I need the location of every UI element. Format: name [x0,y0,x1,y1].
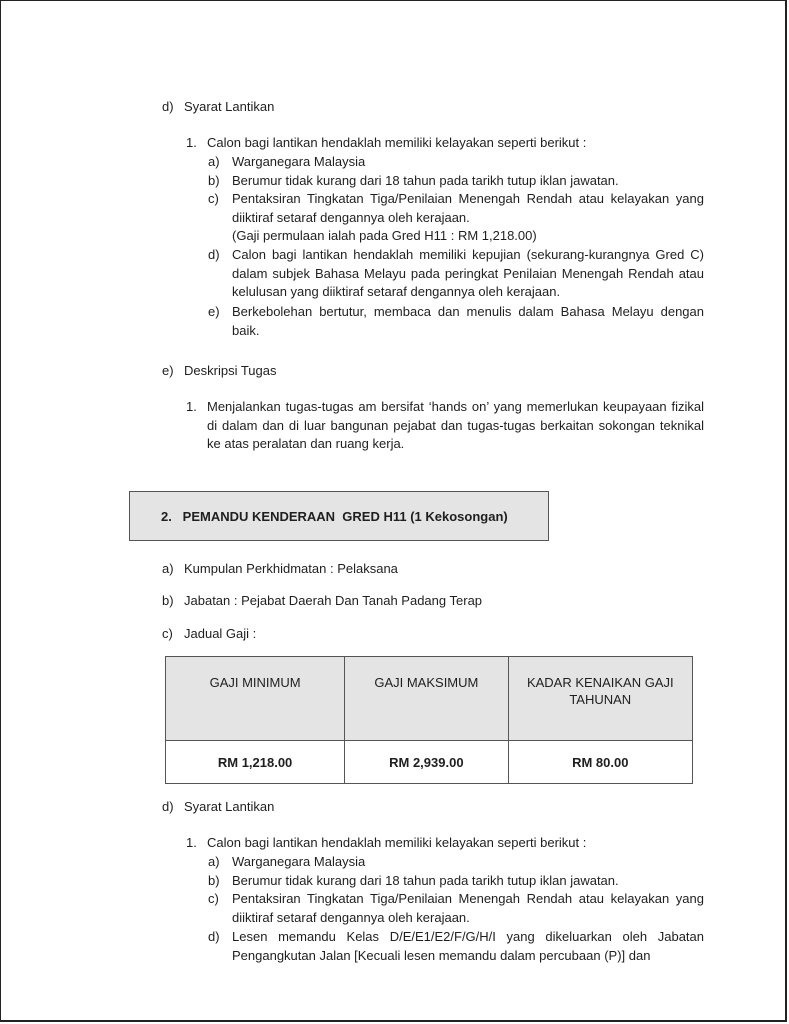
item-text: Pentaksiran Tingkatan Tiga/Penilaian Men… [232,191,704,225]
header-cell: KADAR KENAIKAN GAJI TAHUNAN [508,657,692,741]
item-text: Jadual Gaji : [184,626,256,641]
item-text: Calon bagi lantikan hendaklah memiliki k… [232,247,704,299]
header-cell: GAJI MAKSIMUM [345,657,508,741]
section-heading-box: 2. PEMANDU KENDERAAN GRED H11 (1 Kekoson… [129,491,549,541]
deskripsi-heading: e)Deskripsi Tugas [162,362,276,379]
heading-title: Syarat Lantikan [184,799,274,814]
heading-label: e) [162,362,184,379]
qualification-item: b) Berumur tidak kurang dari 18 tahun pa… [232,872,704,891]
value-cell: RM 2,939.00 [345,741,508,784]
item-label: d) [208,928,220,947]
item-label: c) [208,890,219,909]
syarat-heading: d)Syarat Lantikan [162,98,274,115]
item-text: Calon bagi lantikan hendaklah memiliki k… [207,135,586,150]
salary-note: (Gaji permulaan ialah pada Gred H11 : RM… [232,228,537,243]
jabatan-line: b)Jabatan : Pejabat Daerah Dan Tanah Pad… [162,592,482,609]
item-label: b) [162,592,184,609]
value-cell: RM 1,218.00 [166,741,345,784]
item-label: b) [208,872,220,891]
item-number: 1. [186,134,197,153]
item-text: Pentaksiran Tingkatan Tiga/Penilaian Men… [232,891,704,925]
qualification-item: a) Warganegara Malaysia [232,853,704,872]
item-text: Warganegara Malaysia [232,854,365,869]
item-label: a) [208,153,220,172]
item-text: Berumur tidak kurang dari 18 tahun pada … [232,173,619,188]
item-text: Berumur tidak kurang dari 18 tahun pada … [232,873,619,888]
heading-label: d) [162,798,184,815]
jadual-line: c)Jadual Gaji : [162,625,256,642]
item-label: c) [208,190,219,209]
item-text: Warganegara Malaysia [232,154,365,169]
item-text: Jabatan : Pejabat Daerah Dan Tanah Padan… [184,593,482,608]
qualification-item: e) Berkebolehan bertutur, membaca dan me… [232,303,704,340]
item-text: Lesen memandu Kelas D/E/E1/E2/F/G/H/I ya… [232,929,704,963]
header-cell: GAJI MINIMUM [166,657,345,741]
qualification-item: a) Warganegara Malaysia [232,153,704,172]
item-text: Calon bagi lantikan hendaklah memiliki k… [207,835,586,850]
table-header-row: GAJI MINIMUM GAJI MAKSIMUM KADAR KENAIKA… [166,657,693,741]
heading-title: Deskripsi Tugas [184,363,276,378]
kumpulan-line: a)Kumpulan Perkhidmatan : Pelaksana [162,560,398,577]
item-label: d) [208,246,220,265]
section-title: 2. PEMANDU KENDERAAN GRED H11 (1 Kekoson… [161,509,508,524]
duty-item: 1. Menjalankan tugas-tugas am bersifat ‘… [207,398,704,454]
syarat-heading: d)Syarat Lantikan [162,798,274,815]
item-text: Kumpulan Perkhidmatan : Pelaksana [184,561,398,576]
salary-table: GAJI MINIMUM GAJI MAKSIMUM KADAR KENAIKA… [165,656,693,784]
item-label: e) [208,303,220,322]
item-label: c) [162,625,184,642]
heading-label: d) [162,98,184,115]
item-text: Menjalankan tugas-tugas am bersifat ‘han… [207,399,704,451]
value-cell: RM 80.00 [508,741,692,784]
item-text: Berkebolehan bertutur, membaca dan menul… [232,304,704,338]
qualification-item: c) Pentaksiran Tingkatan Tiga/Penilaian … [232,890,704,927]
heading-title: Syarat Lantikan [184,99,274,114]
qualification-item: b) Berumur tidak kurang dari 18 tahun pa… [232,172,704,191]
qualification-item: d) Lesen memandu Kelas D/E/E1/E2/F/G/H/I… [232,928,704,965]
item-number: 1. [186,834,197,853]
item-label: a) [162,560,184,577]
item-label: b) [208,172,220,191]
qualification-intro: 1. Calon bagi lantikan hendaklah memilik… [207,834,704,853]
qualification-item: c) Pentaksiran Tingkatan Tiga/Penilaian … [232,190,704,246]
qualification-item: d) Calon bagi lantikan hendaklah memilik… [232,246,704,302]
qualification-intro: 1. Calon bagi lantikan hendaklah memilik… [207,134,704,153]
table-row: RM 1,218.00 RM 2,939.00 RM 80.00 [166,741,693,784]
item-label: a) [208,853,220,872]
item-number: 1. [186,398,197,417]
